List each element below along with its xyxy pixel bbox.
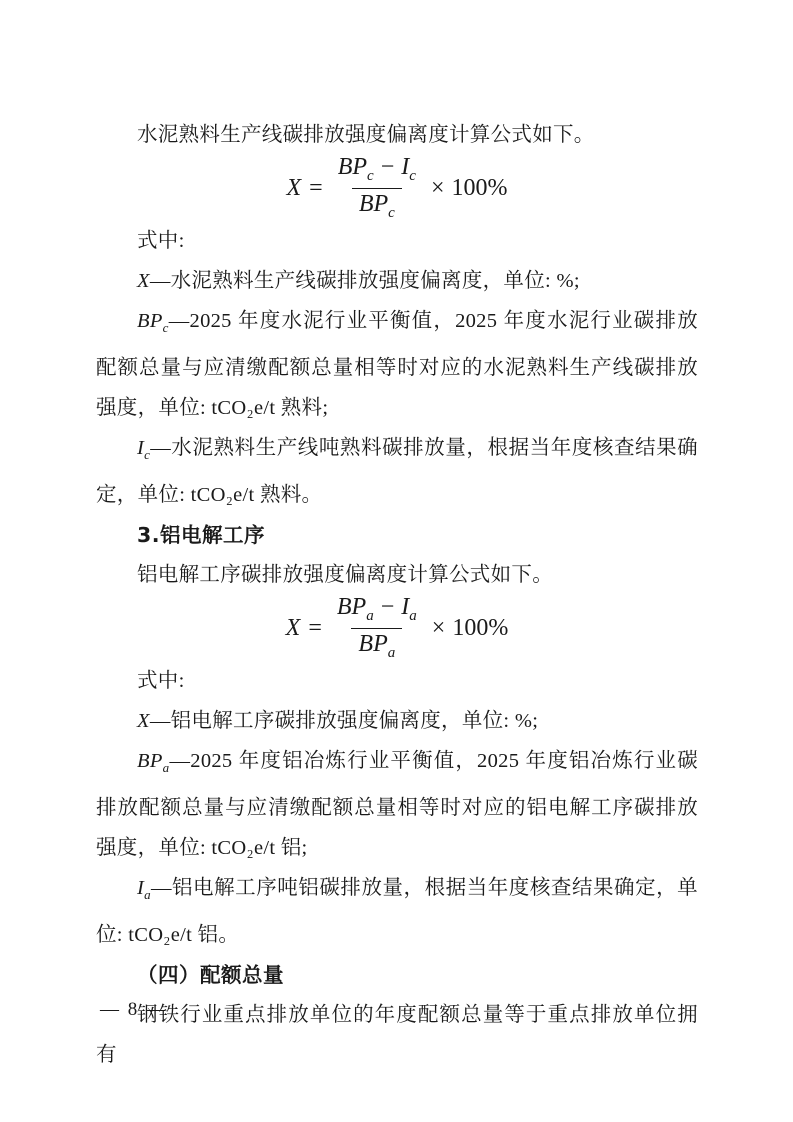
definition-bp-text: —2025 年度水泥行业平衡值，2025 年度水泥行业碳排放配额总量与应清缴配额… — [96, 310, 698, 419]
definition-x-text: —水泥熟料生产线碳排放强度偏离度，单位: %; — [150, 270, 580, 292]
formula-factor: 100% — [451, 175, 507, 202]
numerator-i-subscript: a — [409, 608, 417, 624]
numerator-bp-subscript: c — [367, 168, 374, 184]
numerator-bp-variable: BP — [337, 594, 366, 620]
formula-numerator: BPc−Ic — [331, 154, 423, 188]
cement-definition-x: X—水泥熟料生产线碳排放强度偏离度，单位: %; — [96, 261, 698, 301]
definition-x-text: —铝电解工序碳排放强度偏离度，单位: %; — [150, 710, 538, 732]
cement-where-label: 式中: — [96, 221, 698, 261]
aluminum-intro-paragraph: 铝电解工序碳排放强度偏离度计算公式如下。 — [96, 555, 698, 595]
cement-definition-bp: BPc—2025 年度水泥行业平衡值，2025 年度水泥行业碳排放配额总量与应清… — [96, 301, 698, 428]
formula-fraction: BPc−Ic BPc — [331, 154, 423, 222]
aluminum-deviation-formula: X = BPa−Ia BPa × 100% — [96, 595, 698, 661]
formula-equals-sign: = — [308, 615, 322, 642]
formula-factor: 100% — [452, 615, 508, 642]
formula-lhs-variable: X — [286, 615, 301, 642]
cement-deviation-formula: X = BPc−Ic BPc × 100% — [96, 155, 698, 221]
quota-section-heading: （四）配额总量 — [96, 955, 698, 995]
multiplication-sign: × — [432, 615, 446, 642]
document-content: 水泥熟料生产线碳排放强度偏离度计算公式如下。 X = BPc−Ic BPc × … — [96, 115, 698, 1075]
cement-intro-paragraph: 水泥熟料生产线碳排放强度偏离度计算公式如下。 — [96, 115, 698, 155]
minus-sign: − — [381, 594, 395, 620]
aluminum-definition-x: X—铝电解工序碳排放强度偏离度，单位: %; — [96, 701, 698, 741]
aluminum-section-heading: 3.铝电解工序 — [96, 515, 698, 555]
minus-sign: − — [381, 154, 395, 180]
denominator-bp-subscript: a — [388, 645, 396, 661]
formula-equals-sign: = — [309, 175, 323, 202]
definition-x-variable: X — [137, 710, 150, 732]
definition-x-variable: X — [137, 270, 150, 292]
formula-lhs-variable: X — [287, 175, 302, 202]
formula-denominator: BPa — [351, 628, 402, 662]
definition-i-subscript: a — [144, 887, 151, 902]
aluminum-definition-i: Ia—铝电解工序吨铝碳排放量，根据当年度核查结果确定，单位: tCO₂e/t 铝… — [96, 868, 698, 955]
formula-numerator: BPa−Ia — [330, 594, 424, 628]
denominator-bp-variable: BP — [359, 191, 388, 217]
numerator-bp-variable: BP — [338, 154, 367, 180]
page-number: — 8 — — [100, 997, 167, 1023]
definition-bp-variable: BP — [137, 310, 163, 332]
definition-i-text: —铝电解工序吨铝碳排放量，根据当年度核查结果确定，单位: tCO₂e/t 铝。 — [96, 877, 698, 946]
quota-body-paragraph: 钢铁行业重点排放单位的年度配额总量等于重点排放单位拥有 — [96, 995, 698, 1075]
cement-definition-i: Ic—水泥熟料生产线吨熟料碳排放量，根据当年度核查结果确定，单位: tCO₂e/… — [96, 428, 698, 515]
multiplication-sign: × — [431, 175, 445, 202]
document-page: 水泥熟料生产线碳排放强度偏离度计算公式如下。 X = BPc−Ic BPc × … — [0, 0, 793, 1122]
aluminum-where-label: 式中: — [96, 661, 698, 701]
definition-i-text: —水泥熟料生产线吨熟料碳排放量，根据当年度核查结果确定，单位: tCO₂e/t … — [96, 437, 698, 506]
aluminum-definition-bp: BPa—2025 年度铝冶炼行业平衡值，2025 年度铝冶炼行业碳排放配额总量与… — [96, 741, 698, 868]
numerator-bp-subscript: a — [366, 608, 374, 624]
definition-bp-variable: BP — [137, 750, 163, 772]
denominator-bp-variable: BP — [358, 631, 387, 657]
numerator-i-subscript: c — [409, 168, 416, 184]
formula-fraction: BPa−Ia BPa — [330, 594, 424, 662]
formula-denominator: BPc — [352, 188, 402, 222]
denominator-bp-subscript: c — [388, 205, 395, 221]
definition-bp-text: —2025 年度铝冶炼行业平衡值，2025 年度铝冶炼行业碳排放配额总量与应清缴… — [96, 750, 698, 859]
